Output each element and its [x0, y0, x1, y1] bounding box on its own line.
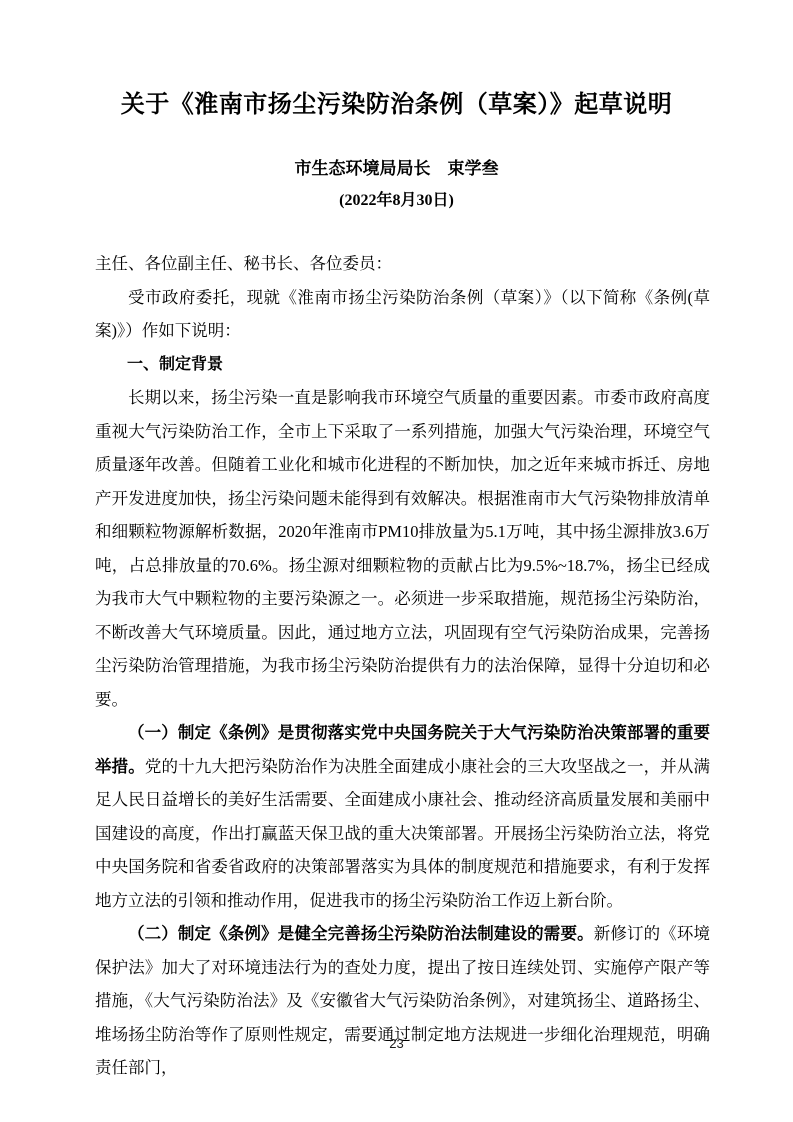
background-paragraph: 长期以来，扬尘污染一直是影响我市环境空气质量的重要因素。市委市政府高度重视大气污…	[95, 381, 710, 716]
item2-lead: （二）制定《条例》是健全完善扬尘污染防治法制建设的需要。	[128, 924, 594, 943]
presenter-line: 市生态环境局局长 束学叁	[0, 154, 793, 184]
item2-body: 新修订的《环境保护法》加大了对环境违法行为的查处力度，提出了按日连续处罚、实施停…	[95, 924, 710, 1077]
salutation: 主任、各位副主任、秘书长、各位委员：	[95, 247, 710, 281]
intro-paragraph: 受市政府委托，现就《淮南市扬尘污染防治条例（草案）》（以下简称《条例(草案)》）…	[95, 281, 710, 348]
item1-body: 党的十九大把污染防治作为决胜全面建成小康社会的三大攻坚战之一，并从满足人民日益增…	[95, 757, 710, 910]
date-line: (2022年8月30日)	[0, 186, 793, 216]
document-title: 关于《淮南市扬尘污染防治条例（草案）》起草说明	[0, 88, 793, 122]
document-page: 关于《淮南市扬尘污染防治条例（草案）》起草说明 市生态环境局局长 束学叁 (20…	[0, 0, 793, 1122]
section-heading-background: 一、制定背景	[95, 348, 710, 382]
page-number: 23	[0, 1036, 793, 1051]
item2-paragraph: （二）制定《条例》是健全完善扬尘污染防治法制建设的需要。新修订的《环境保护法》加…	[95, 917, 710, 1085]
item1-paragraph: （一）制定《条例》是贯彻落实党中央国务院关于大气污染防治决策部署的重要举措。党的…	[95, 716, 710, 917]
document-body: 主任、各位副主任、秘书长、各位委员： 受市政府委托，现就《淮南市扬尘污染防治条例…	[95, 247, 710, 1085]
